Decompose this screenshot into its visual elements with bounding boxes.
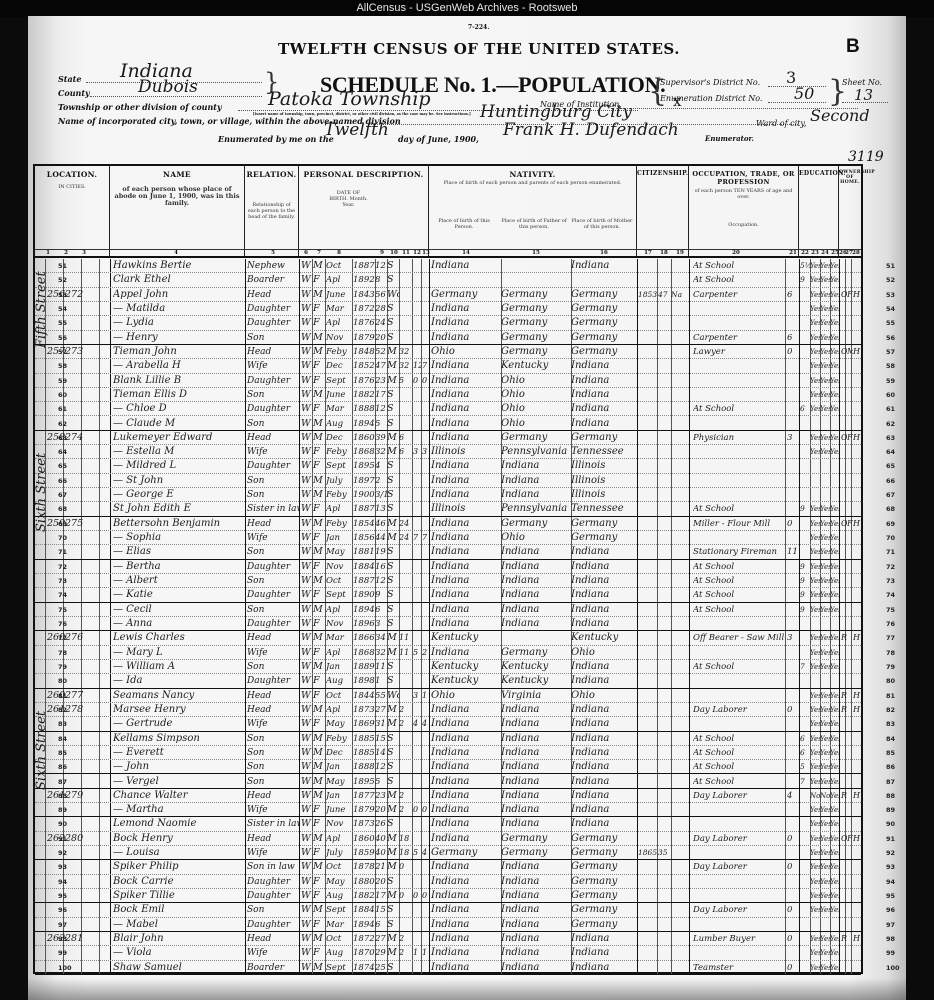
cell-yrs-married bbox=[399, 316, 411, 330]
cell-write: Yes bbox=[820, 331, 830, 345]
cell-year: 1873 bbox=[353, 817, 375, 831]
cell-relation: Sister in law bbox=[247, 502, 299, 516]
cell-birth: Indiana bbox=[431, 603, 501, 617]
cell-immig bbox=[638, 374, 658, 388]
cell-dwelling bbox=[65, 775, 83, 789]
cell-nat bbox=[671, 946, 687, 960]
cell-read: Yes bbox=[810, 402, 820, 416]
cell-occupation bbox=[693, 459, 789, 473]
cell-color: W bbox=[301, 889, 313, 903]
cell-name: Bock Henry bbox=[113, 832, 245, 846]
cell-birth: Indiana bbox=[431, 402, 501, 416]
cell-color: W bbox=[301, 345, 313, 359]
state-label: State bbox=[58, 74, 81, 84]
cell-read: Yes bbox=[810, 760, 820, 774]
cell-unemp bbox=[787, 588, 799, 602]
cell-marital: S bbox=[387, 388, 399, 402]
cell-name: Marsee Henry bbox=[113, 703, 245, 717]
cell-dwelling bbox=[65, 388, 83, 402]
cell-month: Feby bbox=[326, 488, 352, 502]
cell-occupation bbox=[693, 374, 789, 388]
line-number: 59 bbox=[58, 377, 67, 385]
cell-yrs-married bbox=[399, 689, 411, 703]
cell-nat bbox=[671, 259, 687, 273]
cell-marital: S bbox=[387, 746, 399, 760]
line-number: 88 bbox=[886, 792, 895, 800]
cell-write: Yes bbox=[820, 889, 830, 903]
cell-year: 1848 bbox=[353, 345, 375, 359]
cell-age: 52 bbox=[375, 345, 387, 359]
cell-english bbox=[830, 617, 840, 631]
cell-unemp: 0 bbox=[787, 961, 799, 975]
cell-sex: M bbox=[313, 474, 325, 488]
cell-year: 1900 bbox=[353, 488, 375, 502]
cell-nat bbox=[671, 775, 687, 789]
line-number: 75 bbox=[58, 606, 67, 614]
cell-name: — St John bbox=[113, 474, 245, 488]
cell-yrs-married bbox=[399, 674, 411, 688]
cell-name: — Katie bbox=[113, 588, 245, 602]
cell-year: 1898 bbox=[353, 674, 375, 688]
cell-english: Yes bbox=[830, 732, 840, 746]
cell-year: 1873 bbox=[353, 703, 375, 717]
cell-relation: Daughter bbox=[247, 875, 299, 889]
cell-age: 55 bbox=[375, 689, 387, 703]
cell-sex: M bbox=[313, 517, 325, 531]
line-number: 54 bbox=[58, 305, 67, 313]
cell-mother: Indiana bbox=[571, 603, 637, 617]
cell-family bbox=[83, 474, 101, 488]
table-row: Blank Lillie BDaughterWFSept187623M500In… bbox=[35, 374, 861, 388]
cell-father: Indiana bbox=[501, 875, 571, 889]
cell-age: 9 bbox=[375, 588, 387, 602]
cell-birth: Germany bbox=[431, 288, 501, 302]
sheet-letter: B bbox=[846, 36, 860, 58]
cell-mothers bbox=[413, 288, 421, 302]
cell-english bbox=[830, 674, 840, 688]
cell-yrs-us bbox=[658, 946, 670, 960]
line-number: 81 bbox=[886, 692, 895, 700]
cell-mother: Indiana bbox=[571, 374, 637, 388]
line-number: 71 bbox=[58, 548, 67, 556]
header-occupation: OCCUPATION, TRADE, OR PROFESSION of each… bbox=[689, 166, 799, 258]
cell-birth: Indiana bbox=[431, 316, 501, 330]
cell-mother: Kentucky bbox=[571, 631, 637, 645]
cell-family bbox=[83, 402, 101, 416]
cell-farm bbox=[853, 617, 861, 631]
cell-read: Yes bbox=[810, 832, 820, 846]
cell-write: Yes bbox=[820, 817, 830, 831]
cell-read: Yes bbox=[810, 517, 820, 531]
cell-living bbox=[422, 273, 430, 287]
cell-english: Yes bbox=[830, 374, 840, 388]
table-row: — ViolaWifeWFAug187029M211IndianaIndiana… bbox=[35, 946, 861, 960]
cell-dwelling: 277 bbox=[65, 689, 83, 703]
line-number: 82 bbox=[58, 706, 67, 714]
cell-dwelling bbox=[65, 660, 83, 674]
cell-sex: M bbox=[313, 775, 325, 789]
cell-month: May bbox=[326, 717, 352, 731]
line-number: 78 bbox=[886, 649, 895, 657]
cell-age: 2 bbox=[375, 474, 387, 488]
cell-school: 9 bbox=[800, 560, 810, 574]
cell-nat bbox=[671, 832, 687, 846]
cell-english: Yes bbox=[830, 775, 840, 789]
cell-english bbox=[830, 918, 840, 932]
cell-year: 1876 bbox=[353, 374, 375, 388]
cell-dwelling: 274 bbox=[65, 431, 83, 445]
cell-color: W bbox=[301, 674, 313, 688]
cell-unemp bbox=[787, 946, 799, 960]
cell-write: Yes bbox=[820, 345, 830, 359]
cell-birth: Indiana bbox=[431, 875, 501, 889]
cell-mother: Indiana bbox=[571, 388, 637, 402]
cell-color: W bbox=[301, 961, 313, 975]
cell-read: Yes bbox=[810, 646, 820, 660]
cell-relation: Wife bbox=[247, 359, 299, 373]
cell-yrs-married bbox=[399, 775, 411, 789]
cell-yrs-married: 11 bbox=[399, 631, 411, 645]
cell-dwelling bbox=[65, 359, 83, 373]
cell-occupation bbox=[693, 388, 789, 402]
cell-age: 4 bbox=[375, 459, 387, 473]
cell-color: W bbox=[301, 445, 313, 459]
cell-yrs-married: 24 bbox=[399, 517, 411, 531]
cell-english: Yes bbox=[830, 517, 840, 531]
cell-sex: M bbox=[313, 331, 325, 345]
cell-mothers bbox=[413, 302, 421, 316]
table-row: — LouisaWifeWFJuly185940M1854GermanyGerm… bbox=[35, 846, 861, 860]
header-education: EDUCATION. bbox=[799, 166, 839, 258]
cell-dwelling bbox=[65, 603, 83, 617]
line-number: 67 bbox=[58, 491, 67, 499]
cell-father: Indiana bbox=[501, 918, 571, 932]
cell-mother: Tennessee bbox=[571, 502, 637, 516]
cell-mother: Indiana bbox=[571, 932, 637, 946]
cell-read: Yes bbox=[810, 316, 820, 330]
cell-unemp bbox=[787, 817, 799, 831]
line-number: 81 bbox=[58, 692, 67, 700]
cell-living: 0 bbox=[422, 889, 430, 903]
cell-farm bbox=[853, 674, 861, 688]
cell-school: 7 bbox=[800, 775, 810, 789]
cell-mothers bbox=[413, 860, 421, 874]
cell-yrs-us bbox=[658, 732, 670, 746]
cell-father: Indiana bbox=[501, 817, 571, 831]
cell-unemp bbox=[787, 889, 799, 903]
cell-mothers bbox=[413, 588, 421, 602]
cell-color: W bbox=[301, 860, 313, 874]
cell-family bbox=[83, 374, 101, 388]
cell-unemp: 3 bbox=[787, 431, 799, 445]
cell-write: Yes bbox=[820, 388, 830, 402]
cell-sex: M bbox=[313, 388, 325, 402]
cell-age: 40 bbox=[375, 846, 387, 860]
cell-english: Yes bbox=[830, 288, 840, 302]
cell-month: Nov bbox=[326, 331, 352, 345]
cell-color: W bbox=[301, 832, 313, 846]
cell-living bbox=[422, 588, 430, 602]
table-row: Tieman Ellis DSonWMJune188217SIndianaOhi… bbox=[35, 388, 861, 402]
cell-read: Yes bbox=[810, 903, 820, 917]
cell-mothers bbox=[413, 732, 421, 746]
cell-english: Yes bbox=[830, 803, 840, 817]
cell-living bbox=[422, 431, 430, 445]
cell-unemp: 0 bbox=[787, 345, 799, 359]
cell-school bbox=[800, 703, 810, 717]
cell-mothers bbox=[413, 775, 421, 789]
cell-family bbox=[83, 789, 101, 803]
window-title-bar: AllCensus - USGenWeb Archives - Rootsweb bbox=[0, 0, 934, 17]
cell-living: 4 bbox=[422, 717, 430, 731]
cell-sex: M bbox=[313, 832, 325, 846]
line-number: 69 bbox=[58, 520, 67, 528]
cell-mother: Indiana bbox=[571, 760, 637, 774]
cell-read: Yes bbox=[810, 631, 820, 645]
cell-english: Yes bbox=[830, 646, 840, 660]
cell-unemp bbox=[787, 402, 799, 416]
cell-relation: Daughter bbox=[247, 316, 299, 330]
cell-relation: Head bbox=[247, 345, 299, 359]
cell-yrs-married: 2 bbox=[399, 803, 411, 817]
cell-sex: F bbox=[313, 374, 325, 388]
cell-farm bbox=[853, 560, 861, 574]
cell-family bbox=[83, 889, 101, 903]
cell-mothers bbox=[413, 560, 421, 574]
cell-read: Yes bbox=[810, 345, 820, 359]
cell-occupation: Lumber Buyer bbox=[693, 932, 789, 946]
cell-mothers bbox=[413, 474, 421, 488]
cell-dwelling bbox=[65, 374, 83, 388]
cell-read: Yes bbox=[810, 961, 820, 975]
cell-marital: S bbox=[387, 760, 399, 774]
cell-family bbox=[83, 631, 101, 645]
cell-relation: Daughter bbox=[247, 889, 299, 903]
cell-color: W bbox=[301, 273, 313, 287]
cell-farm: H bbox=[853, 703, 861, 717]
cell-father bbox=[501, 273, 571, 287]
cell-read: Yes bbox=[810, 445, 820, 459]
cell-yrs-married bbox=[399, 417, 411, 431]
column-number: 8 bbox=[334, 250, 344, 256]
cell-occupation: Physician bbox=[693, 431, 789, 445]
cell-living bbox=[422, 388, 430, 402]
cell-farm bbox=[853, 417, 861, 431]
cell-write: Yes bbox=[820, 259, 830, 273]
cell-dwelling: 278 bbox=[65, 703, 83, 717]
cell-write: Yes bbox=[820, 517, 830, 531]
cell-month: Sept bbox=[326, 374, 352, 388]
cell-age: 29 bbox=[375, 946, 387, 960]
cell-birth: Indiana bbox=[431, 588, 501, 602]
cell-living bbox=[422, 903, 430, 917]
cell-mother: Indiana bbox=[571, 703, 637, 717]
cell-name: — Louisa bbox=[113, 846, 245, 860]
cell-nat bbox=[671, 860, 687, 874]
cell-school bbox=[800, 459, 810, 473]
cell-yrs-married bbox=[399, 402, 411, 416]
cell-name: — Mary L bbox=[113, 646, 245, 660]
cell-color: W bbox=[301, 474, 313, 488]
table-row: Clark EthelBoarderWFApl18928SAt School9Y… bbox=[35, 273, 861, 287]
cell-sex: M bbox=[313, 345, 325, 359]
cell-mothers: 12 bbox=[413, 359, 421, 373]
cell-read: Yes bbox=[810, 660, 820, 674]
line-number: 58 bbox=[886, 362, 895, 370]
cell-mother: Ohio bbox=[571, 646, 637, 660]
cell-living bbox=[422, 402, 430, 416]
cell-mother: Indiana bbox=[571, 259, 637, 273]
line-number: 65 bbox=[886, 462, 895, 470]
cell-school bbox=[800, 359, 810, 373]
cell-birth: Indiana bbox=[431, 374, 501, 388]
cell-school bbox=[800, 918, 810, 932]
cell-farm: H bbox=[853, 345, 861, 359]
cell-marital: S bbox=[387, 875, 399, 889]
cell-write: Yes bbox=[820, 574, 830, 588]
cell-family bbox=[83, 588, 101, 602]
cell-school bbox=[800, 803, 810, 817]
column-number: 20 bbox=[731, 250, 741, 256]
cell-occupation bbox=[693, 531, 789, 545]
cell-mothers bbox=[413, 331, 421, 345]
cell-father: Indiana bbox=[501, 717, 571, 731]
cell-yrs-us bbox=[658, 603, 670, 617]
cell-mother: Germany bbox=[571, 860, 637, 874]
cell-birth: Indiana bbox=[431, 889, 501, 903]
cell-dwelling bbox=[65, 459, 83, 473]
line-number: 70 bbox=[58, 534, 67, 542]
cell-family bbox=[83, 646, 101, 660]
cell-birth: Indiana bbox=[431, 459, 501, 473]
cell-name: — Gertrude bbox=[113, 717, 245, 731]
table-row: — IdaDaughterWFAug18981SKentuckyKentucky… bbox=[35, 674, 861, 688]
cell-sex: F bbox=[313, 918, 325, 932]
cell-sex: F bbox=[313, 316, 325, 330]
cell-unemp bbox=[787, 316, 799, 330]
cell-nat bbox=[671, 273, 687, 287]
cell-immig bbox=[638, 431, 658, 445]
cell-relation: Sister in law bbox=[247, 817, 299, 831]
cell-mother: Indiana bbox=[571, 660, 637, 674]
cell-name: Bettersohn Benjamin bbox=[113, 517, 245, 531]
cell-mother: Illinois bbox=[571, 488, 637, 502]
cell-yrs-us bbox=[658, 331, 670, 345]
cell-mothers bbox=[413, 918, 421, 932]
cell-family bbox=[83, 316, 101, 330]
cell-family bbox=[83, 273, 101, 287]
cell-color: W bbox=[301, 388, 313, 402]
cell-name: St John Edith E bbox=[113, 502, 245, 516]
cell-unemp bbox=[787, 746, 799, 760]
line-number: 79 bbox=[58, 663, 67, 671]
cell-age: 15 bbox=[375, 903, 387, 917]
cell-school bbox=[800, 689, 810, 703]
cell-marital: S bbox=[387, 775, 399, 789]
cell-family bbox=[83, 803, 101, 817]
cell-nat bbox=[671, 517, 687, 531]
cell-yrs-us bbox=[658, 860, 670, 874]
cell-family bbox=[83, 875, 101, 889]
cell-year: 1887 bbox=[353, 502, 375, 516]
cell-english: Yes bbox=[830, 746, 840, 760]
cell-write bbox=[820, 918, 830, 932]
cell-yrs-married bbox=[399, 502, 411, 516]
cell-age: 56 bbox=[375, 288, 387, 302]
county-label: County bbox=[58, 88, 90, 98]
cell-yrs-married bbox=[399, 746, 411, 760]
cell-yrs-married bbox=[399, 560, 411, 574]
cell-occupation: At School bbox=[693, 502, 789, 516]
cell-yrs-us bbox=[658, 445, 670, 459]
line-number: 92 bbox=[58, 849, 67, 857]
cell-dwelling: 275 bbox=[65, 517, 83, 531]
cell-age: 20 bbox=[375, 875, 387, 889]
cell-unemp bbox=[787, 574, 799, 588]
cell-dwelling bbox=[65, 875, 83, 889]
cell-year: 1887 bbox=[353, 574, 375, 588]
cell-school: 9 bbox=[800, 603, 810, 617]
cell-dwelling bbox=[65, 646, 83, 660]
cell-farm bbox=[853, 502, 861, 516]
cell-year: 1868 bbox=[353, 445, 375, 459]
cell-living: 0 bbox=[422, 374, 430, 388]
cell-farm bbox=[853, 531, 861, 545]
cell-dwelling: 273 bbox=[65, 345, 83, 359]
cell-nat bbox=[671, 732, 687, 746]
table-row: 263281Blair JohnHeadWMOct187227M2Indiana… bbox=[35, 932, 861, 946]
line-number: 80 bbox=[886, 677, 895, 685]
column-number: 19 bbox=[675, 250, 685, 256]
line-number: 66 bbox=[58, 477, 67, 485]
cell-write: Yes bbox=[820, 288, 830, 302]
table-row: 259275Bettersohn BenjaminHeadWMFeby18544… bbox=[35, 517, 861, 531]
cell-birth: Indiana bbox=[431, 431, 501, 445]
cell-yrs-us bbox=[658, 903, 670, 917]
cell-read: Yes bbox=[810, 259, 820, 273]
cell-name: — Chloe D bbox=[113, 402, 245, 416]
cell-read: Yes bbox=[810, 889, 820, 903]
cell-write: Yes bbox=[820, 775, 830, 789]
cell-father: Indiana bbox=[501, 961, 571, 975]
cell-immig bbox=[638, 817, 658, 831]
cell-unemp bbox=[787, 803, 799, 817]
cell-dwelling bbox=[65, 302, 83, 316]
cell-name: Tieman Ellis D bbox=[113, 388, 245, 402]
cell-write: Yes bbox=[820, 732, 830, 746]
cell-mothers: 4 bbox=[413, 717, 421, 731]
cell-living bbox=[422, 288, 430, 302]
cell-birth: Indiana bbox=[431, 488, 501, 502]
cell-living bbox=[422, 345, 430, 359]
cell-occupation bbox=[693, 445, 789, 459]
table-row: 260277Seamans NancyHeadWFOct184455Wd31Oh… bbox=[35, 689, 861, 703]
cell-birth: Indiana bbox=[431, 331, 501, 345]
cell-relation: Wife bbox=[247, 846, 299, 860]
cell-farm bbox=[853, 574, 861, 588]
cell-dwelling: 272 bbox=[65, 288, 83, 302]
enumeration-label: Enumeration District No. bbox=[660, 94, 762, 103]
cell-relation: Son bbox=[247, 903, 299, 917]
cell-sex: M bbox=[313, 574, 325, 588]
cell-mothers bbox=[413, 388, 421, 402]
cell-yrs-us bbox=[658, 617, 670, 631]
cell-mother: Indiana bbox=[571, 803, 637, 817]
cell-read: Yes bbox=[810, 746, 820, 760]
cell-year: 1880 bbox=[353, 875, 375, 889]
cell-nat bbox=[671, 560, 687, 574]
cell-month: Oct bbox=[326, 574, 352, 588]
